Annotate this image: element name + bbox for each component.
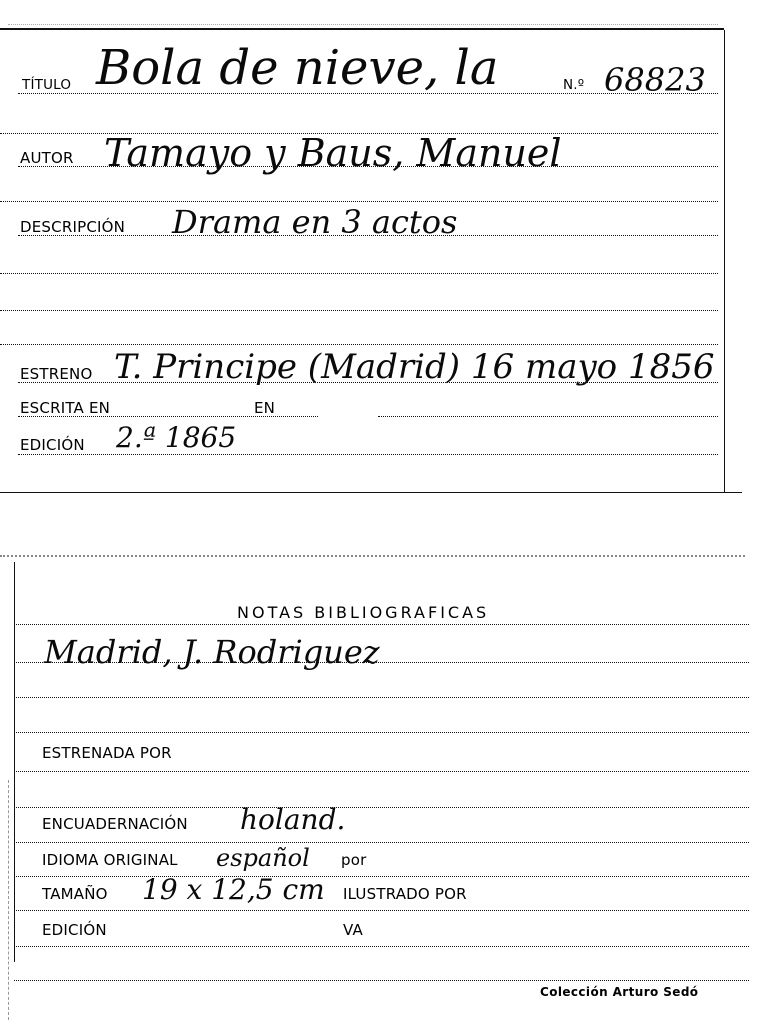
card-top-edge-noise	[8, 14, 718, 25]
label-autor: AUTOR	[20, 151, 74, 166]
value-tamano: 19 x 12,5 cm	[142, 876, 325, 904]
label-escrita-en: ESCRITA EN	[20, 401, 110, 416]
rule-blank-back-1	[14, 697, 749, 698]
value-descripcion: Drama en 3 actos	[172, 206, 457, 238]
label-numero: N.º	[563, 79, 584, 93]
card-back-left-edge-noise	[8, 780, 9, 1020]
rule-blank-back-3	[14, 807, 749, 808]
value-titulo: Bola de nieve, la	[96, 44, 498, 92]
label-idioma-original: IDIOMA ORIGINAL	[42, 853, 178, 868]
label-titulo: TÍTULO	[22, 79, 71, 93]
notas-heading: NOTAS BIBLIOGRAFICAS	[237, 603, 489, 622]
rule-blank-3	[0, 273, 718, 274]
label-edicion: EDICIÓN	[20, 438, 85, 453]
rule-edicion-back	[14, 946, 749, 947]
label-descripcion: DESCRIPCIÓN	[20, 220, 125, 235]
rule-blank-5	[0, 344, 718, 345]
label-estrenada-por: ESTRENADA POR	[42, 746, 172, 761]
label-edicion-back: EDICIÓN	[42, 923, 107, 938]
card-separator	[0, 492, 742, 493]
label-ilustrado-por: ILUSTRADO POR	[343, 887, 467, 902]
collection-footer: Colección Arturo Sedó	[540, 985, 698, 999]
label-tamano: TAMAÑO	[42, 887, 108, 902]
label-estreno: ESTRENO	[20, 367, 93, 382]
card-back-left-border	[14, 562, 15, 962]
value-autor: Tamayo y Baus, Manuel	[104, 134, 562, 172]
value-notas: Madrid, J. Rodriguez	[44, 636, 380, 668]
value-numero: 68823	[604, 64, 706, 96]
rule-heading	[14, 624, 749, 625]
rule-blank-back-2	[14, 732, 749, 733]
rule-encuadernacion	[14, 842, 749, 843]
rule-tamano	[14, 910, 749, 911]
value-edicion: 2.ª 1865	[116, 424, 236, 452]
rule-estrenada-por	[14, 771, 749, 772]
label-encuadernacion: ENCUADERNACIÓN	[42, 817, 188, 832]
rule-blank-2	[0, 201, 718, 202]
rule-edicion	[18, 454, 718, 455]
value-estreno: T. Principe (Madrid) 16 mayo 1856	[114, 350, 714, 384]
card-top-border	[0, 28, 724, 30]
label-por: por	[341, 853, 366, 868]
label-en: EN	[254, 401, 275, 416]
rule-blank-back-4	[14, 980, 749, 981]
label-va: VA	[343, 923, 363, 938]
value-idioma-original: español	[216, 846, 310, 870]
value-encuadernacion: holand.	[240, 806, 345, 834]
rule-en	[378, 416, 718, 417]
rule-idioma	[14, 876, 749, 877]
rule-blank-4	[0, 310, 718, 311]
card-right-border	[724, 30, 725, 492]
card-back-top-edge-noise	[0, 545, 745, 557]
